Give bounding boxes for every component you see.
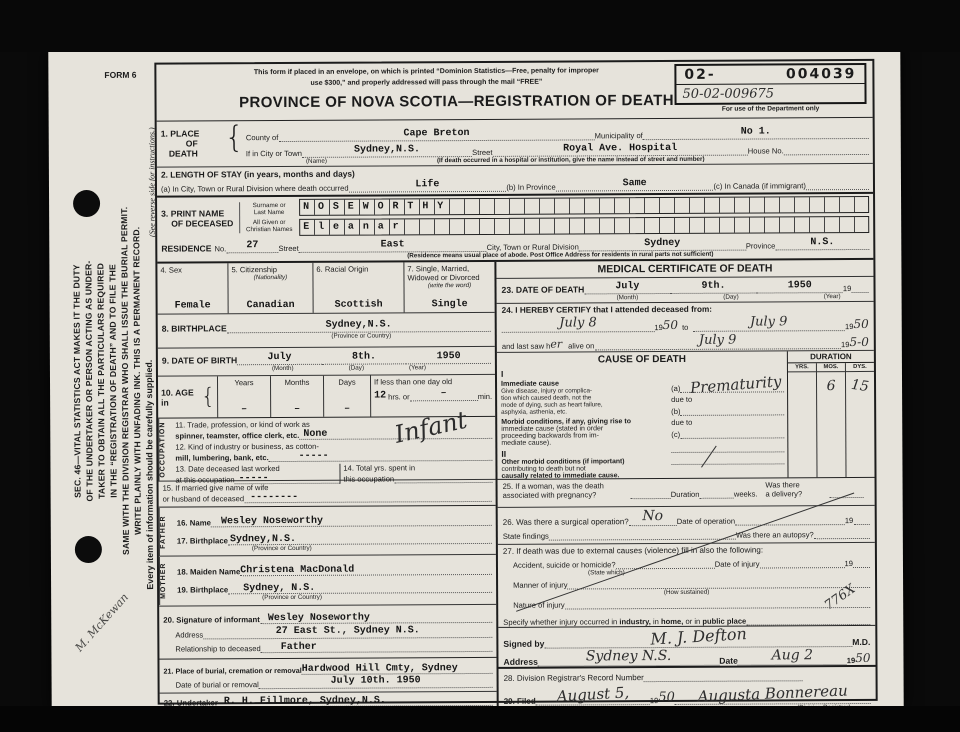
- birthplace-value: Sydney,N.S.: [326, 320, 392, 331]
- section-2-length-of-stay: 2. LENGTH OF STAY (in years, months and …: [157, 164, 873, 198]
- to-yy: 50: [853, 317, 868, 331]
- stamp-number: 004039: [786, 66, 857, 82]
- specify-home: home,: [661, 617, 683, 626]
- age-hours-value: 12: [374, 391, 386, 402]
- duration-header: DURATION: [788, 351, 874, 363]
- street-value: Royal Ave. Hospital: [563, 143, 677, 155]
- operation-19: 19: [845, 516, 854, 525]
- brace-glyph: {: [225, 124, 244, 165]
- surname-label-2: Last Name: [243, 209, 295, 216]
- signoff-yy: 50: [855, 651, 870, 665]
- dob-month-caption: (Month): [272, 365, 294, 372]
- industry-label-2: mill, lumbering, bank, etc.: [175, 453, 268, 462]
- every-item-note: Every item of information should be care…: [144, 330, 156, 620]
- surname-value: NOSEWORTHY: [300, 197, 868, 215]
- last-saw-label-b: alive on: [568, 341, 594, 350]
- father-name-value: Wesley Noseworthy: [221, 516, 323, 528]
- signoff-address-label: Address: [503, 656, 537, 666]
- specify-label: Specify whether injury occurred in: [503, 617, 619, 627]
- signoff-date-value: Aug 2: [772, 647, 814, 663]
- cause-a-label: (a): [671, 384, 680, 393]
- citizenship-sub: (Nationality): [231, 274, 309, 281]
- to-19: 19: [845, 322, 854, 331]
- surname-letterboxes: NOSEWORTHY: [299, 196, 869, 216]
- age-days-label: Days: [324, 378, 370, 387]
- section-8-birthplace: 8. BIRTHPLACE Sydney,N.S. (Province or C…: [158, 313, 495, 349]
- trade-label-2: spinner, teamster, office clerk, etc.: [175, 431, 299, 441]
- informant-address-value: 27 East St., Sydney N.S.: [276, 625, 420, 637]
- mother-vertical-label: MOTHER: [159, 557, 173, 605]
- total-years-label-2: this occupation: [343, 474, 394, 483]
- morbid-label-4: mediate cause).: [501, 439, 669, 447]
- duration-yrs-header: YRS.: [788, 363, 816, 372]
- lastsaw-19: 19: [841, 340, 850, 349]
- cause-b-label: (b): [671, 407, 680, 416]
- division-registrar-caption: (Division Registrar): [504, 704, 871, 713]
- age-years-value: –: [218, 404, 270, 415]
- street-label: Street: [472, 148, 492, 157]
- form-columns: 4. Sex Female 5. Citizenship (Nationalit…: [157, 258, 875, 716]
- lastsaw-yy: 5-0: [849, 335, 868, 349]
- city-town-label: If in City or Town: [246, 149, 302, 158]
- registration-form: This form if placed in an envelope, on w…: [154, 59, 877, 705]
- dod-month-caption: (Month): [617, 294, 639, 301]
- department-caption: For use of the Department only: [675, 105, 867, 113]
- specify-industry: industry,: [619, 617, 651, 626]
- manner-of-injury-label: Manner of injury: [513, 580, 567, 589]
- last-worked-label-2: at this occupation: [176, 475, 235, 484]
- from-yy: 50: [663, 318, 678, 332]
- marital-sub: (write the word): [407, 282, 491, 289]
- dod-month-value: July: [615, 281, 639, 292]
- section-1-number: 1.: [161, 129, 168, 139]
- weeks-label: weeks.: [734, 489, 758, 498]
- residence-street-label: Street: [278, 244, 298, 253]
- informant-relationship-label: Relationship to deceased: [175, 644, 260, 653]
- duration-mos-value: 6: [827, 378, 836, 394]
- house-no-label: House No.: [748, 146, 784, 155]
- dob-month-value: July: [267, 352, 291, 363]
- personal-particulars-column: 4. Sex Female 5. Citizenship (Nationalit…: [157, 262, 498, 716]
- cause-of-death-header: CAUSE OF DEATH: [497, 351, 787, 368]
- registrar-signature: Augusta Bonnereau: [697, 681, 848, 705]
- operation-label: 26. Was there a surgical operation?: [503, 517, 629, 527]
- brace-glyph: {: [201, 387, 215, 407]
- marital-label-1: 7. Single, Married,: [407, 264, 491, 273]
- father-vertical-label: FATHER: [159, 508, 173, 556]
- last-saw-her: er: [550, 338, 562, 351]
- medical-certificate-column: MEDICAL CERTIFICATE OF DEATH 23. DATE OF…: [496, 260, 875, 714]
- mail-notice: This form if placed in an envelope, on w…: [211, 66, 641, 89]
- physician-signoff: Signed by M. J. Defton M.D. Address Sydn…: [498, 626, 875, 669]
- duration-dys-value: 15: [850, 377, 870, 395]
- date-of-death-label: 23. DATE OF DEATH: [502, 284, 585, 294]
- dod-day-value: 9th.: [702, 281, 726, 292]
- dob-label: 9. DATE OF BIRTH: [162, 355, 237, 365]
- section-29-filed: 29. Filed August 5, 1950 Augusta Bonnere…: [499, 683, 876, 714]
- certificate-paper: SEC. 46—VITAL STATISTICS ACT MAKES IT TH…: [48, 46, 903, 712]
- signoff-address-value: Sydney N.S.: [586, 648, 672, 664]
- cause-c-label: (c): [671, 430, 680, 439]
- section-23-date-of-death: 23. DATE OF DEATH July 9th. 1950 19 (Mon…: [496, 277, 873, 304]
- hospital-caption: (If death occurred in a hospital or inst…: [437, 156, 705, 164]
- dob-day-value: 8th.: [352, 352, 376, 363]
- print-name-label-1: PRINT NAME: [171, 208, 225, 218]
- father-name-label: 16. Name: [177, 519, 211, 528]
- stay-a-label: (a) In City, Town or Rural Division wher…: [161, 184, 349, 194]
- duration-label: Duration: [671, 490, 700, 499]
- place-label-3: DEATH: [161, 148, 223, 158]
- undertaker-label: 22. Undertaker: [164, 698, 218, 707]
- residence-no-value: 27: [246, 240, 258, 251]
- age-months-label: Months: [271, 378, 323, 387]
- immediate-desc-4: asphyxia, asthenia, etc.: [501, 408, 669, 416]
- place-label-2: OF: [161, 138, 223, 148]
- stay-c-label: (c) In Canada (if immigrant): [713, 181, 805, 190]
- residence-city-label: City, Town or Rural Division: [487, 242, 579, 251]
- residence-province-value: N.S.: [810, 237, 834, 248]
- spouse-value: --------: [250, 492, 298, 503]
- dob-year-value: 1950: [437, 351, 461, 362]
- dod-19: 19: [843, 284, 852, 293]
- residence-city-value: Sydney: [644, 238, 680, 249]
- accident-label: Accident, suicide or homicide?: [513, 560, 616, 570]
- form-title: PROVINCE OF NOVA SCOTIA—REGISTRATION OF …: [177, 92, 737, 112]
- scanned-death-certificate: SEC. 46—VITAL STATISTICS ACT MAKES IT TH…: [0, 0, 960, 732]
- mother-birthplace-label: 19. Birthplace: [177, 586, 228, 595]
- undertaker-caption: (Name and address): [164, 706, 493, 715]
- spouse-label-2: or husband of deceased: [163, 494, 245, 503]
- age-min-value: –: [441, 388, 447, 399]
- industry-value: -----: [299, 451, 329, 462]
- attended-from-value: July 8: [559, 315, 597, 330]
- delivery-label-2: a delivery?: [765, 489, 829, 498]
- dod-year-caption: (Year): [824, 293, 841, 300]
- filed-yy: 50: [658, 690, 675, 705]
- father-group: FATHER 16. Name Wesley Noseworthy 17. Bi…: [159, 506, 496, 557]
- sex-value: Female: [161, 301, 225, 312]
- informant-address-label: Address: [175, 630, 203, 639]
- residence-street-value: East: [381, 239, 405, 250]
- pregnancy-label-2: associated with pregnancy?: [503, 490, 631, 500]
- sec46-line: WRITE PLAINLY WITH UNFADING INK. THIS IS…: [130, 131, 145, 631]
- given-label-2: Christian Names: [243, 226, 295, 233]
- stamp-prefix: 02-: [684, 67, 715, 83]
- mother-maiden-name-label: 18. Maiden Name: [177, 568, 240, 577]
- city-town-value: Sydney,N.S.: [354, 144, 420, 155]
- residence-province-label: Province: [746, 241, 776, 250]
- form-header: This form if placed in an envelope, on w…: [156, 61, 872, 122]
- county-label: County of: [246, 133, 279, 142]
- age-min-label: min.: [478, 392, 492, 401]
- citizenship-label: 5. Citizenship: [231, 265, 309, 274]
- stay-a-value: Life: [415, 179, 439, 190]
- racial-origin-value: Scottish: [317, 300, 401, 311]
- attended-to-value: July 9: [750, 314, 788, 329]
- operation-date-label: Date of operation: [677, 516, 735, 525]
- specify-in-1: in: [651, 617, 661, 626]
- md-label: M.D.: [852, 637, 870, 647]
- sex-label: 4. Sex: [160, 265, 224, 274]
- filed-date-value: August 5,: [556, 683, 629, 705]
- stay-b-label: (b) In Province: [506, 183, 555, 192]
- handwritten-registration-number: 50-02-009675: [682, 86, 774, 101]
- findings-label: State findings: [503, 531, 549, 540]
- section-1-place-of-death: 1. PLACE OF DEATH { County of Cape Breto…: [157, 118, 873, 168]
- dod-day-caption: (Day): [723, 294, 738, 301]
- specify-in-2: or in: [683, 617, 702, 626]
- dob-day-caption: (Day): [349, 365, 364, 372]
- date-of-injury-label: Date of injury: [715, 559, 760, 568]
- marital-value: Single: [408, 299, 492, 310]
- dod-year-value: 1950: [788, 280, 812, 291]
- residence-label: RESIDENCE: [161, 243, 211, 253]
- section-3-print-name: 3. PRINT NAME OF DECEASED Surname or Las…: [157, 194, 873, 262]
- occupation-vertical-label: OCCUPATION: [158, 418, 172, 480]
- cause-of-death-block: CAUSE OF DEATH I Immediate cause Give di…: [497, 351, 875, 480]
- burial-date-label: Date of burial or removal: [176, 680, 259, 689]
- signoff-19: 19: [847, 656, 856, 665]
- name-caption: (Name): [306, 158, 327, 165]
- birthplace-label: 8. BIRTHPLACE: [162, 324, 227, 334]
- last-saw-label-a: and last saw h: [502, 342, 551, 351]
- informant-relationship-value: Father: [281, 642, 317, 653]
- mother-maiden-name-value: Christena MacDonald: [240, 565, 354, 577]
- age-days-value: –: [324, 403, 370, 414]
- age-hrs-label: hrs. or: [388, 393, 410, 402]
- trade-value: None: [303, 429, 327, 440]
- father-birthplace-value: Sydney,N.S.: [230, 534, 296, 545]
- duration-mos-header: MOS.: [817, 363, 845, 372]
- place-label-1: PLACE: [170, 128, 199, 138]
- undertaker-value: R. H. Fillmore, Sydney,N.S.: [224, 695, 386, 707]
- physician-signature: M. J. Defton: [650, 624, 747, 649]
- section-21-burial: 21. Place of burial, cremation or remova…: [159, 658, 496, 694]
- duration-dys-header: DYS.: [846, 363, 874, 372]
- age-years-label: Years: [218, 378, 270, 387]
- record-number-label: 28. Division Registrar's Record Number: [504, 673, 644, 683]
- section-22-undertaker: 22. Undertaker R. H. Fillmore, Sydney,N.…: [160, 692, 497, 716]
- filed-label: 29. Filed: [504, 697, 536, 706]
- racial-origin-label: 6. Racial Origin: [316, 264, 400, 273]
- autopsy-label: Was there an autopsy?: [736, 530, 814, 539]
- stay-b-value: Same: [623, 178, 647, 189]
- section-9-date-of-birth: 9. DATE OF BIRTH July 8th. 1950 (Month) …: [158, 347, 495, 377]
- department-box: 02- 004039 50-02-009675 For use of the D…: [674, 63, 866, 113]
- occupation-group: OCCUPATION 11. Trade, profession, or kin…: [158, 417, 495, 482]
- citizenship-value: Canadian: [232, 300, 310, 311]
- filed-19: 19: [650, 696, 659, 705]
- section-27-external-causes: 27. If death was due to external causes …: [498, 543, 875, 614]
- form-number: FORM 6: [104, 70, 136, 80]
- section-26-operation: 26. Was there a surgical operation? No D…: [498, 506, 875, 545]
- section-4-7-row: 4. Sex Female 5. Citizenship (Nationalit…: [157, 262, 494, 315]
- dob-year-caption: (Year): [409, 364, 426, 371]
- last-worked-value: -----: [239, 473, 269, 484]
- section-25-pregnancy: 25. If a woman, was the death associated…: [498, 478, 875, 508]
- cause-a-value: Prematurity: [690, 372, 783, 397]
- last-saw-value: July 9: [699, 333, 737, 348]
- mother-birthplace-value: Sydney, N.S.: [243, 583, 315, 594]
- mail-notice-line1: This form if placed in an envelope, on w…: [211, 66, 641, 79]
- print-name-label-2: OF DECEASED: [161, 218, 239, 228]
- section-3-number: 3.: [161, 208, 168, 218]
- mother-group: MOTHER 18. Maiden Name Christena MacDona…: [159, 555, 496, 606]
- section-24-certify: 24. I HEREBY CERTIFY that I attended dec…: [497, 302, 874, 353]
- section-20-informant: 20. Signature of informant Wesley Nosewo…: [159, 605, 496, 660]
- injury-19: 19: [844, 559, 853, 568]
- operation-value: No: [642, 508, 663, 524]
- father-birthplace-label: 17. Birthplace: [177, 536, 228, 545]
- duration-box: DURATION YRS. MOS. 6 DYS. 15: [787, 351, 875, 477]
- delivery-label-1: Was there: [765, 480, 829, 489]
- burial-date-value: July 10th. 1950: [331, 675, 421, 686]
- residence-no-label: No.: [214, 244, 226, 253]
- signoff-date-label: Date: [719, 655, 738, 665]
- age-months-value: –: [271, 404, 323, 415]
- registration-number-box: 02- 004039 50-02-009675: [674, 63, 866, 105]
- age-label: 10. AGE in: [161, 387, 199, 407]
- marital-label-2: Widowed or Divorced: [407, 273, 491, 282]
